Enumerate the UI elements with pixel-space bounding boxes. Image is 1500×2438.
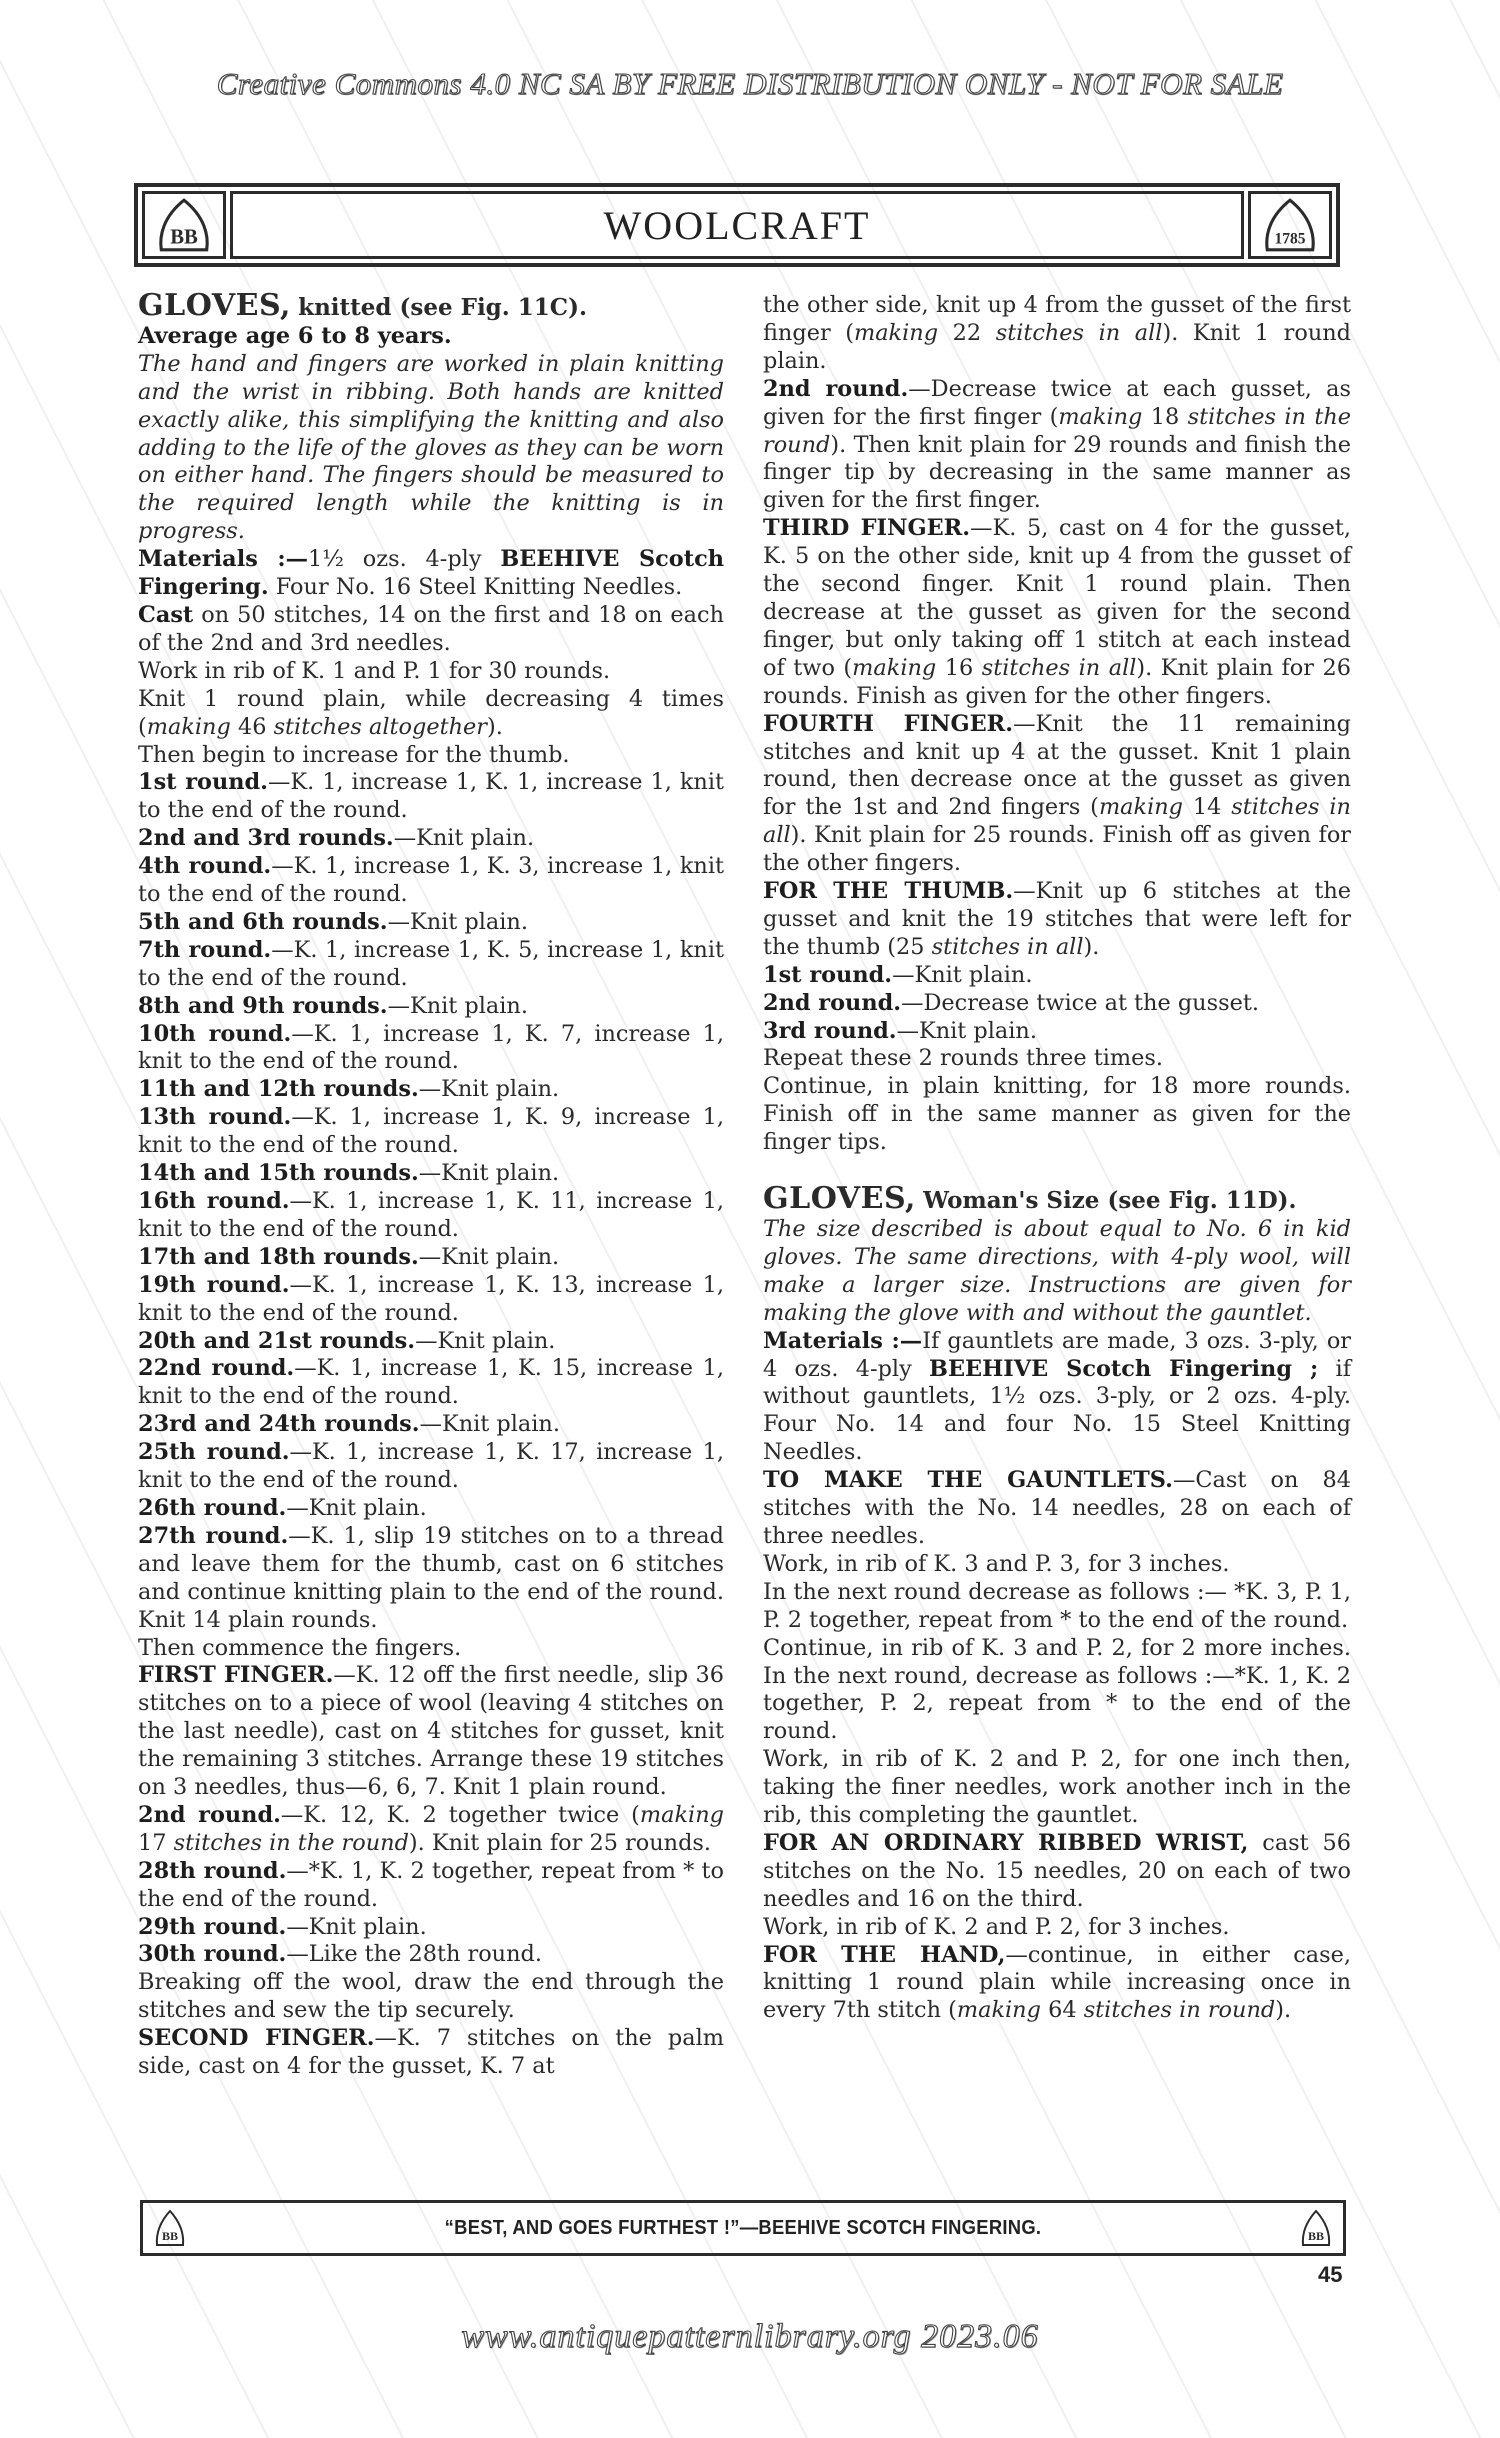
first-finger-30th-round: 30th round.—Like the 28th round. — [138, 1941, 724, 1969]
commence-fingers: Then commence the fingers. — [138, 1635, 724, 1663]
round-instruction: 17th and 18th rounds.—Knit plain. — [138, 1244, 724, 1272]
intro-text-woman: The size described is about equal to No.… — [763, 1216, 1351, 1328]
round-instruction: 2nd and 3rd rounds.—Knit plain. — [138, 825, 724, 853]
first-finger-29th-round: 29th round.—Knit plain. — [138, 1914, 724, 1942]
second-finger-cont: the other side, knit up 4 from the gusse… — [763, 292, 1351, 376]
license-watermark: Creative Commons 4.0 NC SA BY FREE DISTR… — [0, 66, 1500, 102]
round-instruction: 3rd round.—Knit plain. — [763, 1018, 1351, 1046]
round-instruction: 20th and 21st rounds.—Knit plain. — [138, 1328, 724, 1356]
round-instruction: 4th round.—K. 1, increase 1, K. 3, incre… — [138, 853, 724, 909]
page-number: 45 — [1318, 2262, 1342, 2288]
beehive-icon: BB — [153, 194, 215, 256]
thumb-rounds-list: 1st round.—Knit plain.2nd round.—Decreas… — [763, 962, 1351, 1046]
svg-text:BB: BB — [1308, 2229, 1324, 2243]
second-finger-2nd-round: 2nd round.—Decrease twice at each gusset… — [763, 376, 1351, 516]
round-instruction: 23rd and 24th rounds.—Knit plain. — [138, 1411, 724, 1439]
round-instruction: 16th round.—K. 1, increase 1, K. 11, inc… — [138, 1188, 724, 1244]
beehive-logo-right: 1785 — [1248, 191, 1332, 259]
section-heading-gloves-woman: GLOVES, Woman's Size (see Fig. 11D). — [763, 1185, 1351, 1216]
beehive-icon: BB — [153, 2208, 187, 2248]
round-instruction: 26th round.—Knit plain. — [138, 1495, 724, 1523]
round-instruction: 13th round.—K. 1, increase 1, K. 9, incr… — [138, 1104, 724, 1160]
ribbed-wrist: FOR AN ORDINARY RIBBED WRIST, cast 56 st… — [763, 1830, 1351, 1914]
svg-text:1785: 1785 — [1275, 231, 1306, 248]
round-instruction: 5th and 6th rounds.—Knit plain. — [138, 909, 724, 937]
gauntlet-step-1: Work, in rib of K. 3 and P. 3, for 3 inc… — [763, 1551, 1351, 1579]
site-watermark: www.antiquepatternlibrary.org 2023.06 — [0, 2318, 1500, 2356]
svg-text:BB: BB — [170, 227, 198, 249]
round-instruction: 10th round.—K. 1, increase 1, K. 7, incr… — [138, 1021, 724, 1077]
page-title: WOOLCRAFT — [230, 191, 1244, 259]
round-instruction: 25th round.—K. 1, increase 1, K. 17, inc… — [138, 1439, 724, 1495]
second-finger: SECOND FINGER.—K. 7 stitches on the palm… — [138, 2025, 724, 2081]
round-instruction: 27th round.—K. 1, slip 19 stitches on to… — [138, 1523, 724, 1635]
continue-plain: Continue, in plain knitting, for 18 more… — [763, 1073, 1351, 1157]
round-instruction: 1st round.—Knit plain. — [763, 962, 1351, 990]
cast-on: Cast on 50 stitches, 14 on the first and… — [138, 602, 724, 658]
right-column: the other side, knit up 4 from the gusse… — [763, 292, 1351, 2025]
gauntlets: TO MAKE THE GAUNTLETS.—Cast on 84 stitch… — [763, 1467, 1351, 1551]
header-banner: BB WOOLCRAFT 1785 — [134, 183, 1340, 267]
section-heading-gloves-child: GLOVES, knitted (see Fig. 11C). — [138, 292, 724, 323]
gauntlet-step-3: Continue, in rib of K. 3 and P. 2, for 2… — [763, 1635, 1351, 1747]
first-finger-2nd-round: 2nd round.—K. 12, K. 2 together twice (m… — [138, 1802, 724, 1858]
round-instruction: 1st round.—K. 1, increase 1, K. 1, incre… — [138, 769, 724, 825]
age-range: Average age 6 to 8 years. — [138, 323, 724, 351]
round-instruction: 2nd round.—Decrease twice at the gusset. — [763, 990, 1351, 1018]
thumb-begin: Then begin to increase for the thumb. — [138, 742, 724, 770]
ribbed-wrist-step: Work, in rib of K. 2 and P. 2, for 3 inc… — [763, 1914, 1351, 1942]
rib-instruction: Work in rib of K. 1 and P. 1 for 30 roun… — [138, 658, 724, 686]
knit-instruction: Knit 1 round plain, while decreasing 4 t… — [138, 686, 724, 742]
beehive-icon: 1785 — [1259, 194, 1321, 256]
materials: Materials :—1½ ozs. 4-ply BEEHIVE Scotch… — [138, 546, 724, 602]
first-finger-28th-round: 28th round.—*K. 1, K. 2 together, repeat… — [138, 1858, 724, 1914]
intro-text: The hand and fingers are worked in plain… — [138, 351, 724, 546]
round-instruction: 7th round.—K. 1, increase 1, K. 5, incre… — [138, 937, 724, 993]
round-instruction: 19th round.—K. 1, increase 1, K. 13, inc… — [138, 1272, 724, 1328]
round-instruction: 14th and 15th rounds.—Knit plain. — [138, 1160, 724, 1188]
left-column: GLOVES, knitted (see Fig. 11C). Average … — [138, 292, 724, 2081]
repeat-rounds: Repeat these 2 rounds three times. — [763, 1045, 1351, 1073]
round-instruction: 22nd round.—K. 1, increase 1, K. 15, inc… — [138, 1355, 724, 1411]
gauntlet-step-2: In the next round decrease as follows :—… — [763, 1579, 1351, 1635]
round-instruction: 8th and 9th rounds.—Knit plain. — [138, 993, 724, 1021]
third-finger: THIRD FINGER.—K. 5, cast on 4 for the gu… — [763, 515, 1351, 710]
round-instruction: 11th and 12th rounds.—Knit plain. — [138, 1076, 724, 1104]
beehive-logo-left: BB — [142, 191, 226, 259]
rounds-list: 1st round.—K. 1, increase 1, K. 1, incre… — [138, 769, 724, 1634]
first-finger: FIRST FINGER.—K. 12 off the first needle… — [138, 1662, 724, 1802]
svg-text:BB: BB — [162, 2229, 178, 2243]
footer-slogan: “BEST, AND GOES FURTHEST !”—BEEHIVE SCOT… — [231, 2217, 1254, 2240]
footer-banner: BB “BEST, AND GOES FURTHEST !”—BEEHIVE S… — [140, 2200, 1346, 2256]
gauntlet-step-4: Work, in rib of K. 2 and P. 2, for one i… — [763, 1746, 1351, 1830]
beehive-icon: BB — [1299, 2208, 1333, 2248]
thumb: FOR THE THUMB.—Knit up 6 stitches at the… — [763, 878, 1351, 962]
fourth-finger: FOURTH FINGER.—Knit the 11 remaining sti… — [763, 711, 1351, 878]
materials-woman: Materials :—If gauntlets are made, 3 ozs… — [763, 1328, 1351, 1468]
for-the-hand: FOR THE HAND,—continue, in either case, … — [763, 1942, 1351, 2026]
breaking-off: Breaking off the wool, draw the end thro… — [138, 1969, 724, 2025]
